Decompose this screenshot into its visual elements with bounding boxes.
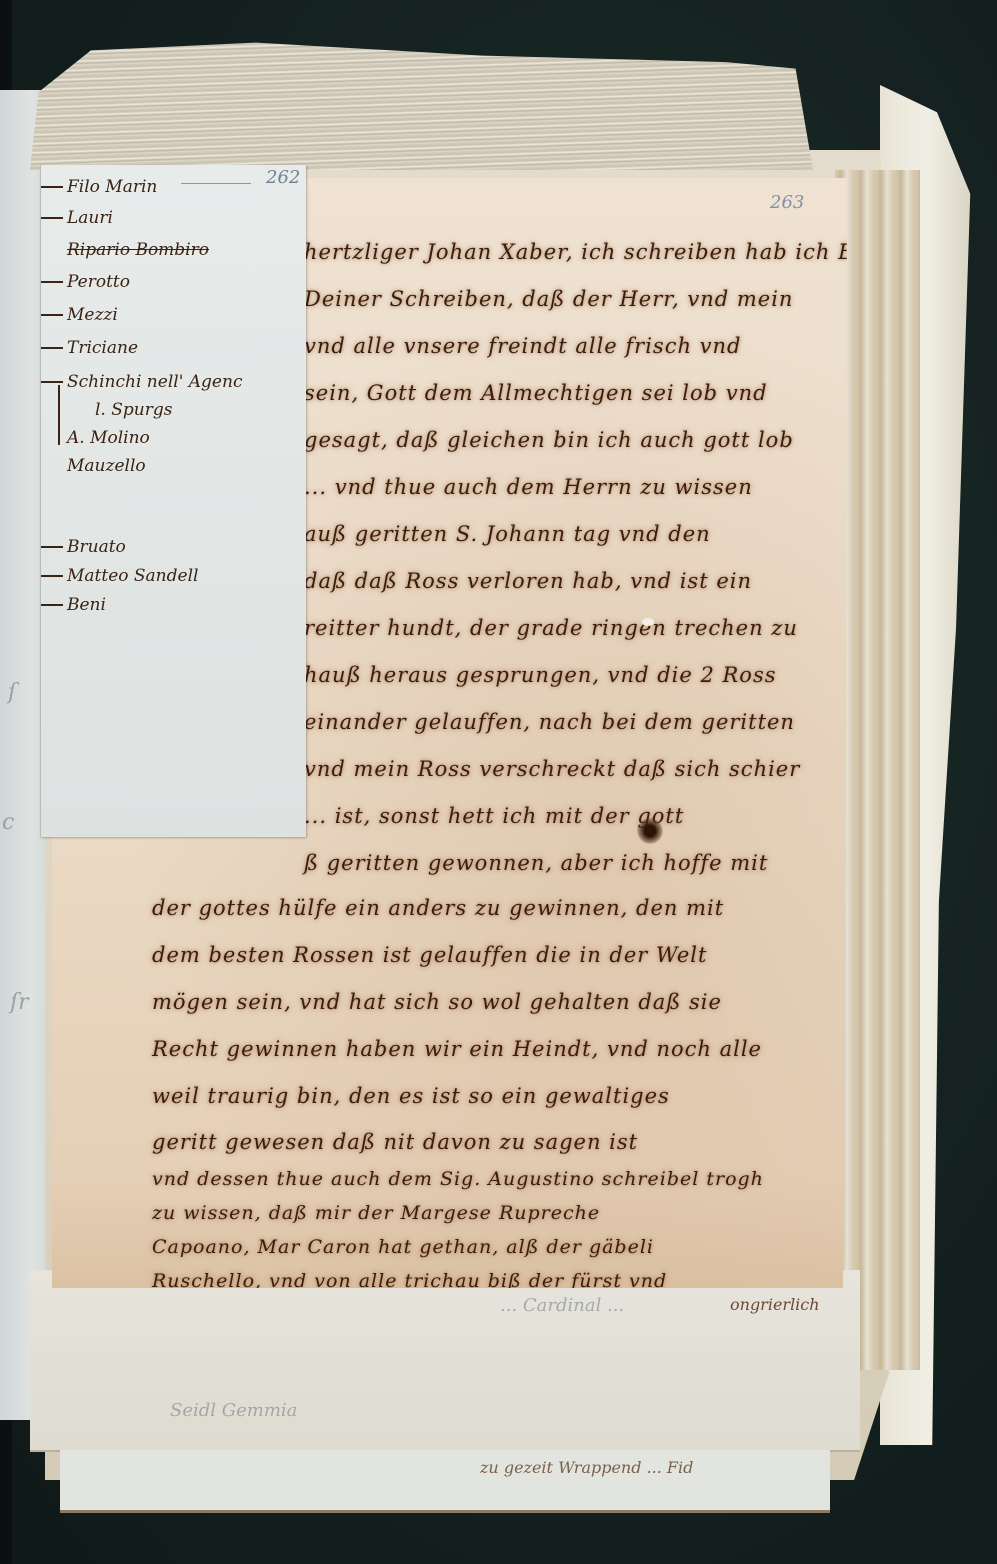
name-entry: Matteo Sandell	[41, 561, 198, 591]
ghost-ink: ſ	[8, 680, 16, 705]
letter-line: daß daß Ross verloren hab, vnd ist ein	[304, 569, 752, 593]
letter-line: hertzliger Johan Xaber, ich schreiben ha…	[304, 240, 869, 264]
letter-line: Deiner Schreiben, daß der Herr, vnd mein	[304, 287, 793, 311]
dash-mark	[41, 347, 63, 349]
letter-line: ... ist, sonst hett ich mit der gott	[304, 804, 684, 828]
name-entry: l. Spurgs	[41, 395, 172, 425]
name-entry: Filo Marin	[41, 172, 157, 202]
index-slip: 262 Filo Marin Lauri Ripario Bombiro Per…	[40, 165, 306, 837]
letter-line: ß geritten gewonnen, aber ich hoffe mit	[304, 851, 768, 875]
name-entry: Schinchi nell' Agenc	[41, 367, 242, 397]
name-entry: Lauri	[41, 203, 113, 233]
dash-mark	[41, 314, 63, 316]
letter-line: einander gelauffen, nach bei dem geritte…	[304, 710, 795, 734]
ink-burn-spot	[637, 818, 663, 844]
bottom-note: zu gezeit Wrappend ... Fid	[480, 1458, 693, 1477]
letter-line: vnd alle vnsere freindt alle frisch vnd	[304, 334, 742, 358]
dash-mark	[41, 546, 63, 548]
dash-mark	[41, 217, 63, 219]
letter-line: ... vnd thue auch dem Herrn zu wissen	[304, 475, 753, 499]
letter-line: mögen sein, vnd hat sich so wol gehalten…	[152, 990, 722, 1014]
folio-number: 263	[770, 192, 804, 213]
letter-line: zu wissen, daß mir der Margese Rupreche	[152, 1202, 600, 1224]
letter-line: der gottes hülfe ein anders zu gewinnen,…	[152, 896, 724, 920]
name-entry: Bruato	[41, 532, 126, 562]
dash-mark	[41, 575, 63, 577]
bottom-sheet: zu gezeit Wrappend ... Fid	[60, 1450, 830, 1513]
letter-line: dem besten Rossen ist gelauffen die in d…	[152, 943, 707, 967]
letter-line: weil traurig bin, den es ist so ein gewa…	[152, 1084, 670, 1108]
letter-line: vnd mein Ross verschreckt daß sich schie…	[304, 757, 800, 781]
folio-underline	[181, 183, 251, 184]
letter-line: Capoano, Mar Caron hat gethan, alß der g…	[152, 1236, 654, 1258]
ghost-ink: c	[2, 810, 14, 835]
name-entry: Beni	[41, 590, 106, 620]
name-entry: Triciane	[41, 333, 138, 363]
folio-number: 262	[266, 167, 300, 188]
letter-line: hauß heraus gesprungen, vnd die 2 Ross	[304, 663, 777, 687]
letter-line: geritt gewesen daß nit davon zu sagen is…	[152, 1130, 638, 1154]
dash-mark	[41, 186, 63, 188]
dash-mark	[41, 281, 63, 283]
letter-line: Recht gewinnen haben wir ein Heindt, vnd…	[152, 1037, 762, 1061]
letter-line: reitter hundt, der grade ringen trechen …	[304, 616, 798, 640]
dash-mark	[41, 381, 63, 383]
ghost-ink: ſr	[10, 990, 29, 1015]
name-entry-struck: Ripario Bombiro	[41, 235, 209, 265]
name-entry: Perotto	[41, 267, 130, 297]
paper-hole	[642, 618, 654, 626]
brown-note: ongrierlich	[730, 1295, 820, 1314]
page-edges-right	[835, 170, 920, 1370]
faint-signature: Seidl Gemmia	[170, 1400, 297, 1421]
letter-line: vnd dessen thue auch dem Sig. Augustino …	[152, 1168, 764, 1190]
letter-line: gesagt, daß gleichen bin ich auch gott l…	[304, 428, 794, 452]
faint-text: ... Cardinal ...	[500, 1295, 624, 1316]
name-entry: Mezzi	[41, 300, 118, 330]
name-entry: Mauzello	[41, 451, 146, 481]
letter-line: sein, Gott dem Allmechtigen sei lob vnd	[304, 381, 768, 405]
letter-line: auß geritten S. Johann tag vnd den	[304, 522, 711, 546]
dash-mark	[41, 604, 63, 606]
lower-sheet: ... Cardinal ... ongrierlich Seidl Gemmi…	[30, 1270, 860, 1452]
bracket-mark	[58, 385, 60, 445]
